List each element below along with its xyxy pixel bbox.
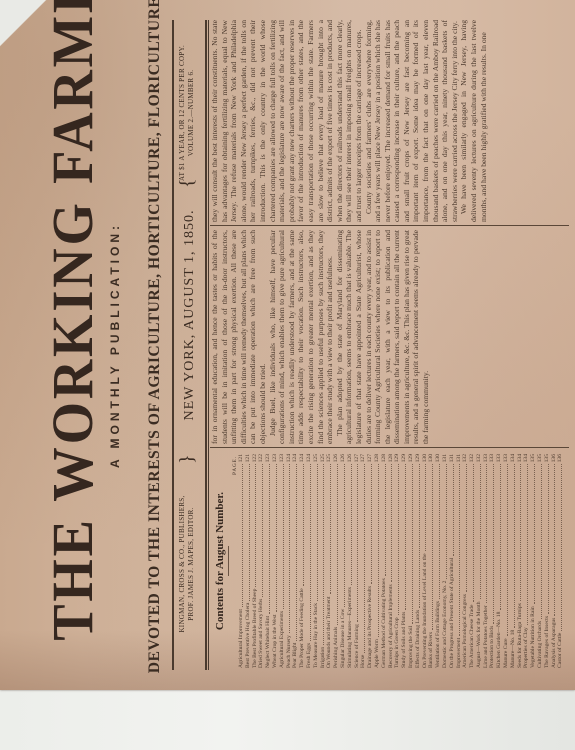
contents-item-page: 132: [469, 454, 476, 462]
contents-item: The Best Profitable Breed of Sheep122: [252, 454, 259, 668]
contents-list: Agricultural Improvement121Best Preventi…: [238, 452, 564, 670]
leader-dots: [462, 464, 467, 592]
masthead-title: THE WORKING FARMER.: [38, 39, 108, 641]
contents-item: Cultivating Orchards135: [537, 454, 544, 668]
volume-line: VOLUME 2.—NUMBER 6.: [187, 28, 196, 198]
contents-item-title: Neglect Whitebait Hint: [265, 616, 272, 668]
contents-item-title: Kitchen Garden—No. 18: [496, 612, 503, 668]
column-paragraph: Judge Buel, like individuals who, like h…: [268, 230, 335, 444]
leader-dots: [435, 464, 440, 599]
contents-item-title: Study of Soils and Plants: [401, 612, 408, 668]
contents-item-title: Agricultural Improvement: [238, 609, 245, 668]
contents-item-page: 121: [238, 454, 245, 462]
contents-item-title: Vegetable Nutrition in Rain: [530, 606, 537, 668]
contents-item-title: Improving the Soil: [408, 626, 415, 668]
contents-item-title: The American Cheese Trade: [469, 604, 476, 668]
leader-dots: [388, 464, 393, 582]
contents-item-title: Best Preventive Hog Cholera: [245, 603, 252, 668]
contents-item-title: Stimulating Manures—Experiments: [347, 587, 354, 668]
contents-item-page: 131: [449, 454, 456, 462]
contents-item-page: 135: [544, 454, 551, 462]
contents-item-page: 129: [394, 454, 401, 462]
contents-item-title: The Proper Mode of Feeding Cattle: [299, 588, 306, 668]
leader-dots: [483, 464, 488, 603]
column-1: Contents for August Number. PAGE. Agricu…: [210, 452, 569, 670]
contents-item-page: 125: [320, 454, 327, 462]
contents-item-title: Fresh Eggs: [306, 643, 313, 668]
contents-item-title: Domestic and Cottage Economy, No. 2: [442, 581, 449, 668]
contents-item-page: 126: [347, 454, 354, 462]
editor-line: PROF. JAMES J. MAPES, EDITOR.: [187, 464, 196, 664]
leader-dots: [279, 464, 284, 609]
contents-item-page: 127: [367, 454, 374, 462]
leader-dots: [557, 464, 562, 630]
contents-item: Peach Nursery124: [286, 454, 293, 668]
contents-rule: [228, 546, 229, 576]
contents-item-page: 131: [442, 454, 449, 462]
contents-item-title: Singular Disease in a Cow: [340, 609, 347, 668]
leader-dots: [476, 464, 481, 599]
contents-item: Improving the Soil129: [408, 454, 415, 668]
price-block: AT $1 A YEAR, OR 12 CENTS PER COPY. VOLU…: [178, 28, 196, 198]
contents-item: Recovery of Agricultural Implements128: [388, 454, 395, 668]
contents-item: American Pomological Congress132: [462, 454, 469, 668]
contents-item-page: 134: [517, 454, 524, 462]
contents-item-page: 124: [306, 454, 313, 462]
contents-item-title: On the Progress and Present State of Agr…: [449, 558, 456, 668]
leader-dots: [401, 464, 406, 609]
column-3: they will consult the best interests of …: [210, 20, 569, 222]
leader-dots: [252, 464, 257, 586]
contents-item-title: Cultivating Orchards: [537, 621, 544, 668]
contents-item-title: Peach Nursery: [286, 635, 293, 668]
column-divider-2: [210, 225, 569, 226]
contents-item-page: 125: [326, 454, 333, 462]
masthead-tagline: DEVOTED TO THE INTERESTS OF AGRICULTURE,…: [146, 17, 164, 674]
contents-item: Stimulating Manures—Experiments126: [347, 454, 354, 668]
leader-dots: [408, 464, 413, 623]
contents-item-page: 128: [381, 454, 388, 462]
contents-item: Protection to Birds133: [489, 454, 496, 668]
contents-item: Science of Farming127: [354, 454, 361, 668]
contents-item: Irrigation125: [320, 454, 327, 668]
leader-dots: [367, 464, 372, 584]
contents-item-title: German Method of Cultivating Potatoes: [381, 578, 388, 668]
contents-item-page: 130: [428, 454, 435, 462]
contents-item-title: Science of Farming: [354, 624, 361, 668]
leader-dots: [551, 464, 556, 615]
contents-item-title: Protection to Birds: [489, 626, 496, 668]
contents-item-page: 133: [496, 454, 503, 462]
column-paragraph: We have been similarly engaged in New Je…: [459, 20, 488, 222]
leader-dots: [489, 464, 494, 623]
leader-dots: [537, 464, 542, 619]
contents-item-title: Lime and Potatoes Together: [483, 605, 490, 668]
contents-item-title: Horse: [360, 655, 367, 668]
contents-item-title: Perishing Animals: [333, 627, 340, 668]
column-paragraph: County societies and farmers' clubs are …: [364, 20, 460, 222]
contents-item-title: Wheat Crop in the West: [272, 614, 279, 668]
leader-dots: [333, 464, 338, 624]
leader-dots: [313, 464, 318, 601]
contents-item: Horse127: [360, 454, 367, 668]
leader-dots: [245, 464, 250, 600]
body-columns: Contents for August Number. PAGE. Agricu…: [210, 20, 569, 670]
leader-dots: [510, 464, 515, 627]
contents-item: German Method of Cultivating Potatoes128: [381, 454, 388, 668]
price-line: AT $1 A YEAR, OR 12 CENTS PER COPY.: [178, 28, 187, 198]
leader-dots: [306, 464, 311, 641]
contents-item: Dried Sweet and Savory Herbs122: [258, 454, 265, 668]
contents-item-title: Apple Worm: [374, 639, 381, 668]
brace-left: }: [176, 454, 199, 464]
newspaper-page: THE WORKING FARMER. A MONTHLY PUBLICATIO…: [0, 0, 575, 690]
contents-item-page: 130: [422, 454, 429, 462]
contents-item-title: Improvement: [456, 638, 463, 668]
leader-dots: [381, 464, 386, 576]
contents-item-page: 135: [530, 454, 537, 462]
leader-dots: [496, 464, 501, 609]
leader-dots: [286, 464, 291, 633]
contents-item: Drainage and its Prospective Results127: [367, 454, 374, 668]
leader-dots: [320, 464, 325, 644]
contents-item-title: Dried Sweet and Savory Herbs: [258, 599, 265, 668]
contents-item-title: Agricultural Experiments: [279, 611, 286, 668]
contents-item: To Measure Hay in the Stack125: [313, 454, 320, 668]
leader-dots: [299, 464, 304, 586]
leader-dots: [544, 464, 549, 614]
contents-item-page: 136: [551, 454, 558, 462]
contents-item-page: 124: [286, 454, 293, 462]
contents-item-page: 123: [279, 454, 286, 462]
contents-item-page: 133: [489, 454, 496, 462]
contents-item: The American Cheese Trade132: [469, 454, 476, 668]
column-paragraph: The plan adopted by the state of Marylan…: [335, 230, 431, 444]
leader-dots: [238, 464, 243, 607]
contents-item-page: 129: [408, 454, 415, 462]
leader-dots: [449, 464, 454, 555]
contents-item-title: Irrigation: [320, 647, 327, 668]
publishers-block: KINGMAN, CROSS & CO., PUBLISHERS, PROF. …: [178, 464, 196, 664]
contents-item-title: Effects of Draining Lands: [415, 610, 422, 668]
contents-item-page: 134: [523, 454, 530, 462]
contents-item-page: 132: [462, 454, 469, 462]
column-2: for in ornamental education, and hence t…: [210, 230, 569, 444]
contents-item-title: Castor of Cattle: [557, 633, 564, 668]
leader-dots: [326, 464, 331, 594]
leader-dots: [428, 464, 433, 630]
contents-item: Apple Worm128: [374, 454, 381, 668]
contents-item-page: 127: [360, 454, 367, 462]
masthead-rule-bottom-thin: [208, 20, 209, 670]
dateline: NEW YORK, AUGUST 1, 1850.: [182, 200, 198, 430]
contents-item-title: Properties of Clay: [523, 627, 530, 668]
leader-dots: [469, 464, 474, 602]
contents-item-title: On Wounds and their Treatment: [326, 596, 333, 668]
leader-dots: [530, 464, 535, 604]
leader-dots: [374, 464, 379, 637]
info-bar: KINGMAN, CROSS & CO., PUBLISHERS, PROF. …: [176, 20, 206, 670]
contents-item: Effects of Draining Lands129: [415, 454, 422, 668]
leader-dots: [292, 464, 297, 640]
column-divider-1: [210, 447, 569, 448]
leader-dots: [354, 464, 359, 622]
contents-item-page: 129: [401, 454, 408, 462]
contents-item: Kitchen Garden—No. 18133: [496, 454, 503, 668]
contents-item: Best Preventive Hog Cholera121: [245, 454, 252, 668]
leader-dots: [517, 464, 522, 601]
contents-item: On the Progress and Present State of Agr…: [449, 454, 456, 668]
contents-item: Lime and Potatoes Together133: [483, 454, 490, 668]
contents-item-page: 128: [374, 454, 381, 462]
contents-item-page: 129: [415, 454, 422, 462]
publishers-line: KINGMAN, CROSS & CO., PUBLISHERS,: [178, 464, 187, 664]
contents-item-title: Drainage and its Prospective Results: [367, 586, 374, 668]
contents-item: August—Work for the Month132: [476, 454, 483, 668]
column-paragraph: for in ornamental education, and hence t…: [210, 230, 268, 444]
leader-dots: [442, 464, 447, 578]
contents-item-page: 123: [272, 454, 279, 462]
contents-item-title: The Best Profitable Breed of Sheep: [252, 589, 259, 668]
contents-item: Perishing Animals126: [333, 454, 340, 668]
contents-item: Ventilation of Farm Buildings130: [435, 454, 442, 668]
contents-item-title: The Ravages of Insects: [544, 616, 551, 668]
masthead-rule-top: [172, 20, 174, 670]
contents-item-page: 134: [510, 454, 517, 462]
leader-dots: [415, 464, 420, 607]
contents-item-page: 135: [537, 454, 544, 462]
contents-item-page: 122: [258, 454, 265, 462]
leader-dots: [360, 464, 365, 652]
contents-item-title: August—Work for the Month: [476, 601, 483, 668]
contents-item-page: 126: [333, 454, 340, 462]
contents-item: Manure Cure133: [503, 454, 510, 668]
leader-dots: [347, 464, 352, 585]
column-paragraph: they will consult the best interests of …: [210, 20, 364, 222]
contents-item: Castor of Cattle136: [557, 454, 564, 668]
contents-item-page: 125: [313, 454, 320, 462]
contents-item: On Wounds and their Treatment125: [326, 454, 333, 668]
leader-dots: [394, 464, 399, 615]
contents-item: Manure—No. 18134: [510, 454, 517, 668]
contents-item-page: 131: [456, 454, 463, 462]
contents-item-page: 123: [265, 454, 272, 462]
contents-item: Neglect Whitebait Hint123: [265, 454, 272, 668]
contents-item: Improvement131: [456, 454, 463, 668]
contents-item: Vegetable Nutrition in Rain135: [530, 454, 537, 668]
contents-item-title: American Pomological Congress: [462, 594, 469, 668]
contents-item-page: 124: [292, 454, 299, 462]
contents-item-page: 127: [354, 454, 361, 462]
leader-dots: [258, 464, 263, 596]
contents-item-page: 122: [252, 454, 259, 462]
contents-item-title: Manure Cure: [503, 638, 510, 668]
leader-dots: [265, 464, 270, 614]
contents-item: Properties of Clay134: [523, 454, 530, 668]
contents-item-page: 121: [245, 454, 252, 462]
contents-item: Agricultural Improvement121: [238, 454, 245, 668]
contents-item-title: Manure—No. 18: [510, 630, 517, 668]
contents-item-title: Ventilation of Farm Buildings: [435, 601, 442, 668]
leader-dots: [340, 464, 345, 606]
contents-item-page: 132: [476, 454, 483, 462]
contents-item: The Ravages of Insects135: [544, 454, 551, 668]
contents-heading: Contents for August Number.: [214, 452, 226, 670]
contents-item-page: 133: [503, 454, 510, 462]
contents-item-page: 130: [435, 454, 442, 462]
leader-dots: [523, 464, 528, 625]
contents-item: Domestic and Cottage Economy, No. 2131: [442, 454, 449, 668]
contents-item-page: 136: [557, 454, 564, 462]
contents-item-title: To Measure Hay in the Stack: [313, 603, 320, 668]
leader-dots: [503, 464, 508, 636]
contents-item-title: Recovery of Agricultural Implements: [388, 584, 395, 668]
leader-dots: [422, 464, 427, 551]
contents-item-page: 128: [388, 454, 395, 462]
contents-item: Fresh Eggs124: [306, 454, 313, 668]
contents-item-page: 133: [483, 454, 490, 462]
leader-dots: [272, 464, 277, 612]
contents-item: Wheat Crop in the West123: [272, 454, 279, 668]
contents-item-page: 126: [340, 454, 347, 462]
contents-item: Study of Soils and Plants129: [401, 454, 408, 668]
contents-item: Agricultural Experiments123: [279, 454, 286, 668]
masthead-rule-bottom: [205, 20, 207, 670]
contents-item-page: 124: [299, 454, 306, 462]
masthead-subtitle: A MONTHLY PUBLICATION:: [108, 0, 122, 690]
contents-item: The Proper Mode of Feeding Cattle124: [299, 454, 306, 668]
leader-dots: [456, 464, 461, 635]
contents-item: Singular Disease in a Cow126: [340, 454, 347, 668]
